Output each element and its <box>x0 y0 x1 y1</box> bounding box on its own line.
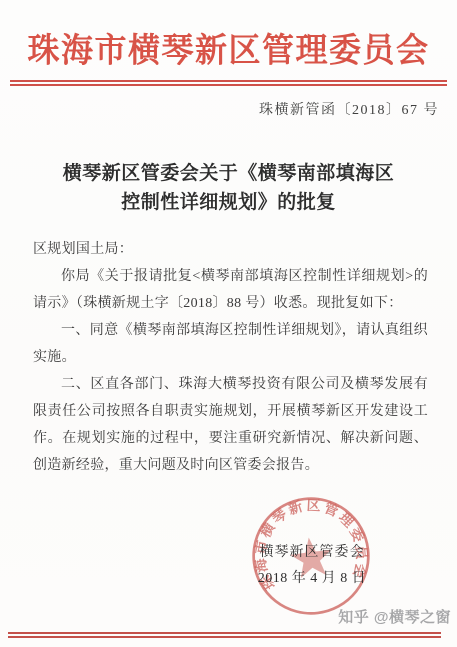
salutation: 区规划国土局： <box>33 236 428 263</box>
footer-double-rule <box>8 632 441 638</box>
document-title-line2: 控制性详细规划》的批复 <box>0 188 457 217</box>
zhihu-watermark: 知乎 @横琴之窗 <box>338 606 451 627</box>
letterhead-org-title: 珠海市横琴新区管理委员会 <box>0 24 457 72</box>
paragraph-item-1: 一、同意《横琴南部填海区控制性详细规划》，请认真组织实施。 <box>33 317 428 371</box>
document-page: 珠海市横琴新区管理委员会 珠横新管函〔2018〕67 号 横琴新区管委会关于《横… <box>0 0 457 647</box>
paragraph-item-2: 二、区直各部门、珠海大横琴投资有限公司及横琴发展有限责任公司按照各自职责实施规划… <box>33 371 428 479</box>
signature-org-name: 横琴新区管委会 <box>252 541 372 561</box>
signature-date: 2018 年 4 月 8 日 <box>248 567 376 587</box>
document-title: 横琴新区管委会关于《横琴南部填海区 控制性详细规划》的批复 <box>0 159 457 217</box>
document-number: 珠横新管函〔2018〕67 号 <box>0 99 457 119</box>
paragraph-intro: 你局《关于报请批复<横琴南部填海区控制性详细规划>的请示》（珠横新规土字〔201… <box>33 263 428 317</box>
letterhead-double-rule <box>10 80 447 86</box>
document-title-line1: 横琴新区管委会关于《横琴南部填海区 <box>0 159 457 188</box>
document-body: 区规划国土局： 你局《关于报请批复<横琴南部填海区控制性详细规划>的请示》（珠横… <box>33 236 428 479</box>
